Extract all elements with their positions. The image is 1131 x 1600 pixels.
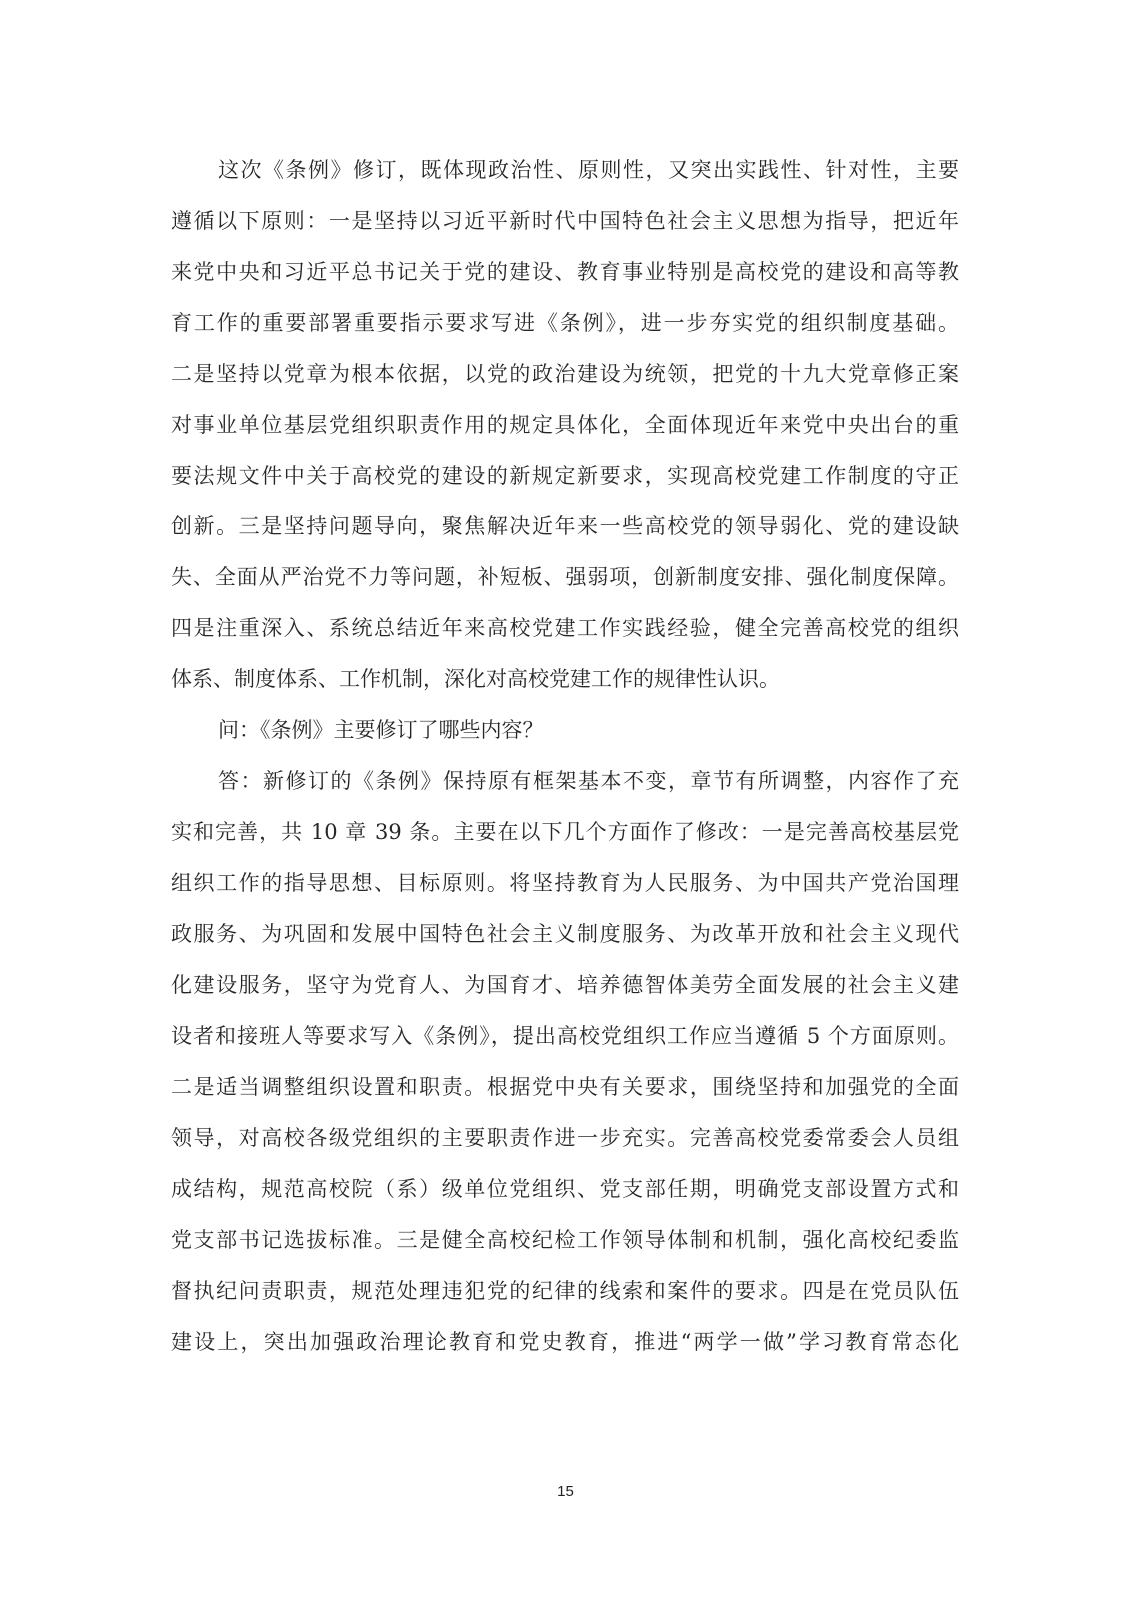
answer-line-12: 建设上，突出加强政治理论教育和党史教育，推进“两学一做”学习教育常态化 — [171, 1327, 959, 1357]
answer-line-3: 组织工作的指导思想、目标原则。将坚持教育为人民服务、为中国共产党治国理 — [171, 868, 959, 898]
answer-line-10: 党支部书记选拔标准。三是健全高校纪检工作领导体制和机制，强化高校纪委监 — [171, 1225, 959, 1255]
question-heading: 问：《条例》主要修订了哪些内容？ — [218, 715, 959, 745]
answer-line-8: 领导，对高校各级党组织的主要职责作进一步充实。完善高校党委常委会人员组 — [171, 1123, 959, 1153]
answer-line-4: 政服务、为巩固和发展中国特色社会主义制度服务、为改革开放和社会主义现代 — [171, 919, 959, 949]
answer-line-1: 答：新修订的《条例》保持原有框架基本不变，章节有所调整，内容作了充 — [218, 766, 959, 796]
paragraph-1-line-10: 四是注重深入、系统总结近年来高校党建工作实践经验，健全完善高校党的组织 — [171, 613, 959, 643]
answer-line-11: 督执纪问责职责，规范处理违犯党的纪律的线索和案件的要求。四是在党员队伍 — [171, 1276, 959, 1306]
answer-line-5: 化建设服务，坚守为党育人、为国育才、培养德智体美劳全面发展的社会主义建 — [171, 970, 959, 1000]
paragraph-1-line-3: 来党中央和习近平总书记关于党的建设、教育事业特别是高校党的建设和高等教 — [171, 257, 959, 287]
paragraph-1-line-2: 遵循以下原则：一是坚持以习近平新时代中国特色社会主义思想为指导，把近年 — [171, 206, 959, 236]
answer-line-6: 设者和接班人等要求写入《条例》，提出高校党组织工作应当遵循 5 个方面原则。 — [171, 1021, 959, 1051]
answer-line-9: 成结构，规范高校院（系）级单位党组织、党支部任期，明确党支部设置方式和 — [171, 1174, 959, 1204]
paragraph-1-line-7: 要法规文件中关于高校党的建设的新规定新要求，实现高校党建工作制度的守正 — [171, 461, 959, 491]
paragraph-1-line-1: 这次《条例》修订，既体现政治性、原则性，又突出实践性、针对性，主要 — [218, 155, 959, 185]
paragraph-1-line-6: 对事业单位基层党组织职责作用的规定具体化，全面体现近年来党中央出台的重 — [171, 410, 959, 440]
paragraph-1-line-11: 体系、制度体系、工作机制，深化对高校党建工作的规律性认识。 — [171, 664, 959, 694]
paragraph-1-line-8: 创新。三是坚持问题导向，聚焦解决近年来一些高校党的领导弱化、党的建设缺 — [171, 511, 959, 541]
page-number: 15 — [0, 1483, 1131, 1500]
paragraph-1-line-5: 二是坚持以党章为根本依据，以党的政治建设为统领，把党的十九大党章修正案 — [171, 359, 959, 389]
paragraph-1-line-9: 失、全面从严治党不力等问题，补短板、强弱项，创新制度安排、强化制度保障。 — [171, 562, 959, 592]
document-page: 这次《条例》修订，既体现政治性、原则性，又突出实践性、针对性，主要 遵循以下原则… — [0, 0, 1131, 1600]
paragraph-1-line-4: 育工作的重要部署重要指示要求写进《条例》，进一步夯实党的组织制度基础。 — [171, 308, 959, 338]
answer-line-7: 二是适当调整组织设置和职责。根据党中央有关要求，围绕坚持和加强党的全面 — [171, 1072, 959, 1102]
answer-line-2: 实和完善，共 10 章 39 条。主要在以下几个方面作了修改：一是完善高校基层党 — [171, 817, 959, 847]
